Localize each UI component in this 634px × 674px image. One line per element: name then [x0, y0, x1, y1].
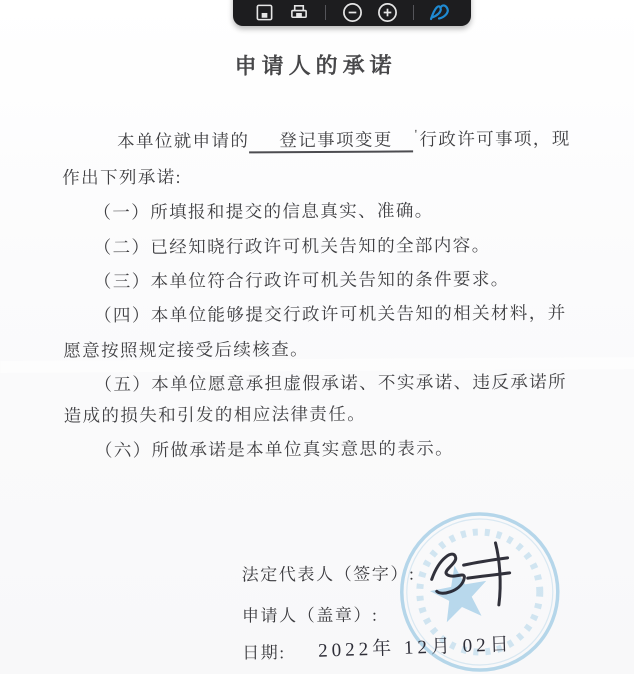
- intro-suffix: 行政许可事项，现: [419, 128, 570, 149]
- clause-1: （一）所填报和提交的信息真实、准确。: [93, 197, 433, 224]
- clause-4-line-2: 愿意按照规定接受后续核查。: [63, 336, 309, 363]
- document-page: 申请人的承诺 本单位就申请的登记事项变更'行政许可事项，现 作出下列承诺: （一…: [0, 0, 634, 674]
- stray-tick-mark: ': [415, 126, 419, 142]
- clause-3: （三）本单位符合行政许可机关告知的条件要求。: [94, 266, 510, 294]
- blank-field-permit-type: 登记事项变更: [249, 130, 413, 153]
- clause-5-line-2: 造成的损失和引发的相应法律责任。: [64, 401, 367, 428]
- applicant-label: 申请人（盖章）:: [242, 601, 379, 627]
- intro-prefix: 本单位就申请的: [117, 130, 249, 151]
- clause-6: （六）所做承诺是本单位真实意思的表示。: [95, 435, 454, 462]
- screenshot-root: 申请人的承诺 本单位就申请的登记事项变更'行政许可事项，现 作出下列承诺: （一…: [0, 0, 634, 674]
- date-label: 日期:: [242, 638, 286, 663]
- clause-2: （二）已经知晓行政许可机关告知的全部内容。: [94, 232, 491, 259]
- intro-line-2: 作出下列承诺:: [62, 164, 182, 190]
- legal-rep-label: 法定代表人（签字）:: [242, 559, 416, 585]
- intro-line-1: 本单位就申请的登记事项变更'行政许可事项，现: [117, 125, 571, 154]
- page-title: 申请人的承诺: [0, 47, 633, 82]
- clause-4-line-1: （四）本单位能够提交行政许可机关告知的相关材料，并: [94, 299, 567, 327]
- clause-5-line-1: （五）本单位愿意承担虚假承诺、不实承诺、违反承诺所: [94, 368, 567, 396]
